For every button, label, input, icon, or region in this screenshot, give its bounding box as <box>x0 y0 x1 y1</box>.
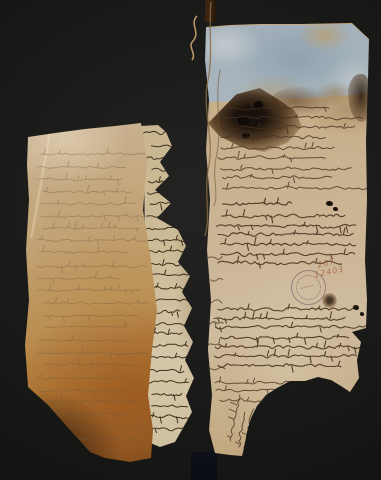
binding-stub <box>205 0 216 22</box>
manuscript-photograph: 267 12403 <box>0 0 381 480</box>
ink-speck <box>353 305 359 310</box>
ink-speck <box>326 201 333 206</box>
pencil-shelfmark: 267 12403 <box>316 256 345 279</box>
worm-hole <box>254 101 263 109</box>
edge-stain <box>348 74 372 122</box>
parchment-script-layer <box>24 118 164 464</box>
left-parchment-leaf <box>24 118 164 464</box>
spine-strip <box>191 452 217 480</box>
ink-speck <box>360 312 364 316</box>
right-paper-leaf: 267 12403 <box>202 22 372 458</box>
tan-stain <box>316 82 352 106</box>
worm-hole <box>242 133 250 139</box>
worm-hole <box>236 116 249 125</box>
ink-speck <box>333 207 338 211</box>
